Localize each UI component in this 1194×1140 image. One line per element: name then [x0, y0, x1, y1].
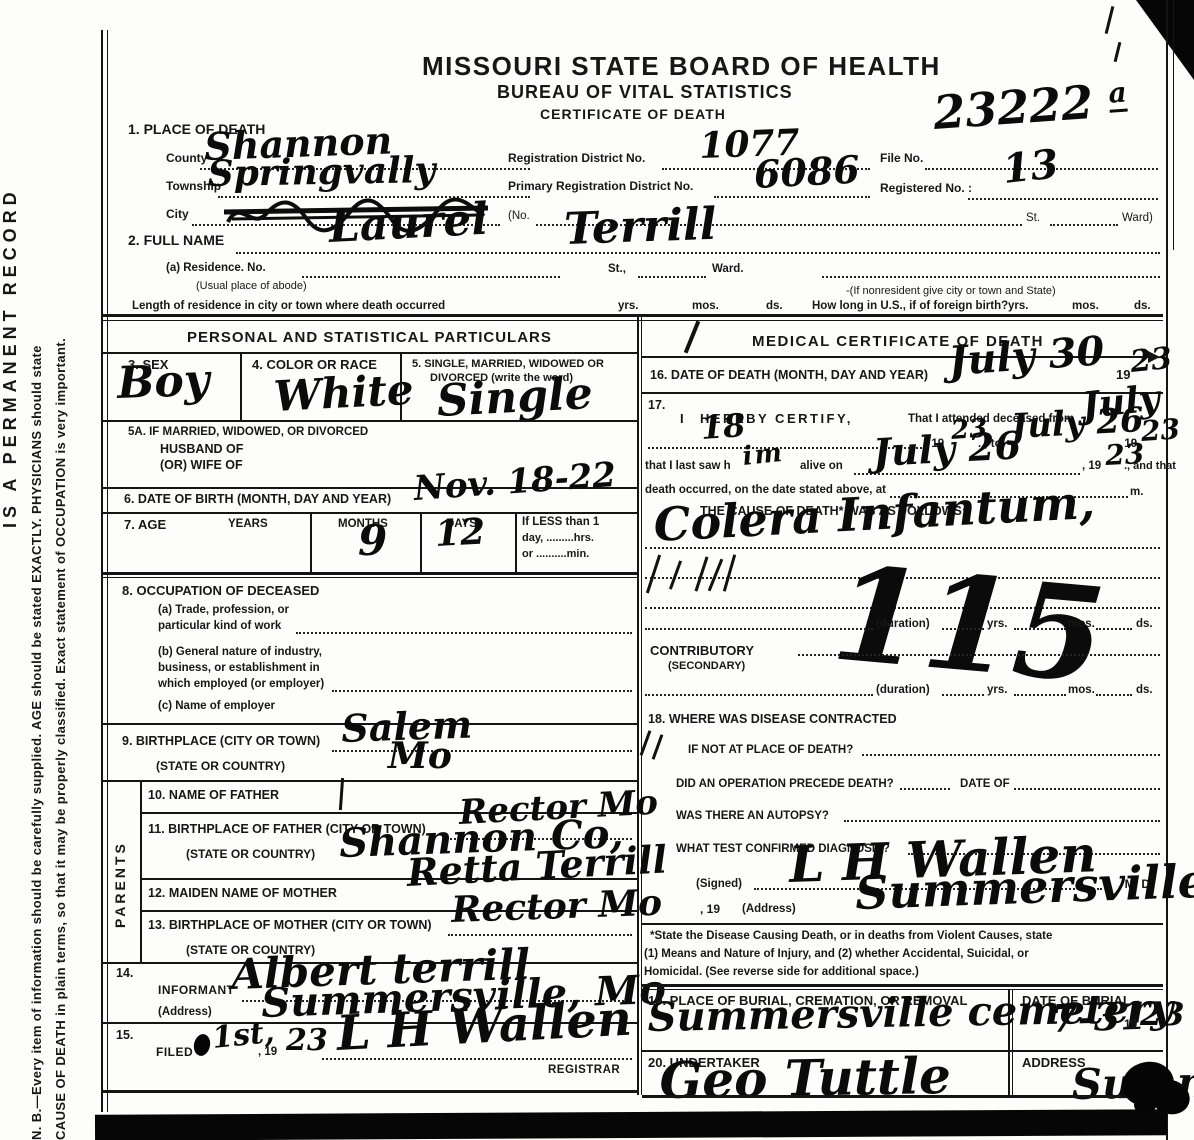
contributory-label: CONTRIBUTORY	[650, 644, 754, 659]
stray-pen-mark-top	[684, 320, 700, 353]
section-divider-rule-2	[101, 320, 1163, 321]
duration-ds-1: ds.	[1136, 618, 1153, 631]
duration-label-1: (duration)	[876, 618, 930, 631]
fold-line-mark-2	[1114, 42, 1122, 62]
duration-yrs-2: yrs.	[987, 684, 1007, 697]
filed-19-printed: , 19	[258, 1046, 277, 1059]
date-of-death-value: July 30	[947, 331, 1105, 382]
filed-year-value: 23	[286, 1026, 328, 1056]
duration-mos-2: mos.	[1068, 684, 1095, 697]
residence-ward-label: Ward.	[712, 263, 744, 276]
filed-label: FILED	[156, 1046, 193, 1059]
city-st-label: St.	[1026, 212, 1040, 225]
last-saw-19-printed: , 19	[1082, 460, 1101, 473]
city-label: City	[166, 208, 189, 221]
item-17-number: 17.	[648, 398, 665, 412]
age-label: 7. AGE	[124, 518, 166, 533]
sex-value: Boy	[116, 359, 210, 406]
pen-hash-marks	[648, 552, 758, 602]
disease-contracted-label: 18. WHERE WAS DISEASE CONTRACTED	[648, 712, 897, 726]
signed-address-label: (Address)	[742, 903, 796, 916]
last-saw-label-2: alive on	[800, 460, 843, 473]
date-of-birth-label: 6. DATE OF BIRTH (MONTH, DAY AND YEAR)	[124, 492, 391, 506]
occupation-a-line	[296, 632, 632, 634]
secondary-label: (SECONDARY)	[668, 660, 745, 672]
birthplace-label: 9. BIRTHPLACE (CITY OR TOWN)	[122, 734, 320, 748]
color-race-value: White	[273, 369, 415, 418]
duration-line-1	[645, 628, 873, 630]
left-rule-1	[101, 352, 637, 354]
less-than-label-1: If LESS than 1	[522, 516, 599, 529]
date-of-label: DATE OF	[960, 778, 1010, 791]
form-left-border-inner	[107, 30, 108, 1112]
autopsy-line	[844, 820, 1160, 822]
city-no-label: (No.	[508, 210, 530, 223]
right-rule-3	[642, 923, 1163, 925]
duration-ds-line-1	[1096, 628, 1132, 630]
age-divider-3	[515, 512, 517, 574]
mother-birthplace-label: 13. BIRTHPLACE OF MOTHER (CITY OR TOWN)	[148, 918, 432, 932]
length-residence-label: Length of residence in city or town wher…	[132, 300, 445, 313]
age-days-value: 12	[434, 513, 486, 552]
left-rule-5a	[101, 572, 637, 575]
date-of-line	[1014, 788, 1160, 790]
certificate-number-value: 23222	[932, 75, 1095, 140]
howlong-yrs: yrs.	[1008, 300, 1028, 313]
left-rule-2	[101, 420, 637, 422]
age-years-label: YEARS	[228, 518, 268, 531]
operation-line	[900, 788, 950, 790]
registrar-signature: L H Wallen	[335, 995, 632, 1058]
duration-yrs-line-2	[942, 694, 984, 696]
duration-mos-line-2	[1014, 694, 1066, 696]
age-divider-1	[310, 512, 312, 574]
registered-no-value: 13	[1001, 144, 1061, 190]
if-not-place-line	[862, 754, 1160, 756]
less-than-label-3: or ..........min.	[522, 548, 589, 560]
parents-vertical-label: PARENTS	[113, 841, 129, 928]
bureau-subtitle: BUREAU OF VITAL STATISTICS	[497, 82, 793, 102]
length-yrs: yrs.	[618, 300, 638, 313]
hash-mark	[723, 554, 736, 591]
left-rule-4	[101, 512, 637, 514]
if-not-place-label: IF NOT AT PLACE OF DEATH?	[688, 744, 853, 757]
occupation-b-line3: which employed (or employer)	[158, 678, 324, 691]
corner-fold-artifact	[1136, 0, 1194, 80]
section-divider-rule-1	[101, 314, 1163, 317]
duration-label-2: (duration)	[876, 684, 930, 697]
primary-registration-value: 6086	[753, 151, 861, 194]
birthplace-state-label: (STATE OR COUNTRY)	[156, 760, 285, 773]
scan-right-edge-2	[1173, 0, 1174, 250]
last-saw-label-1: that I last saw h	[645, 460, 731, 473]
residence-st-label: St.,	[608, 263, 626, 276]
age-months-value: 9	[358, 520, 387, 562]
occupation-a-line2: particular kind of work	[158, 620, 281, 633]
duration-line-2	[645, 694, 873, 696]
contributory-line	[798, 654, 1160, 656]
scan-right-edge	[1166, 0, 1168, 1140]
parents-box-divider	[140, 780, 142, 962]
autopsy-label: WAS THERE AN AUTOPSY?	[676, 810, 829, 823]
length-mos: mos.	[692, 300, 719, 313]
occupation-a-line1: (a) Trade, profession, or	[158, 604, 289, 617]
city-ward-label: Ward)	[1122, 212, 1153, 225]
informant-address-label: (Address)	[158, 1006, 212, 1019]
occupation-b-line	[332, 690, 632, 692]
hash-mark	[669, 560, 682, 589]
duration-yrs-1: yrs.	[987, 618, 1007, 631]
occupation-c-label: (c) Name of employer	[158, 700, 275, 713]
residence-line	[302, 276, 560, 278]
scan-bottom-bar	[95, 1109, 1167, 1140]
board-title: MISSOURI STATE BOARD OF HEALTH	[422, 52, 941, 81]
signed-19-label: , 19	[700, 903, 720, 916]
registered-no-label: Registered No. :	[880, 182, 972, 195]
mother-maiden-label: 12. MAIDEN NAME OF MOTHER	[148, 886, 337, 900]
full-name-label: 2. FULL NAME	[128, 233, 224, 249]
length-ds: ds.	[766, 300, 783, 313]
birthplace-line	[332, 750, 632, 752]
mother-birthplace-line	[448, 934, 632, 936]
occupation-b-line2: business, or establishment in	[158, 662, 320, 675]
birthplace-state-value: Mo	[388, 738, 452, 774]
operation-label: DID AN OPERATION PRECEDE DEATH?	[676, 778, 894, 791]
footnote-line-3: Homicidal. (See reverse side for additio…	[644, 966, 919, 979]
signed-address-value: Summersville Mo	[854, 854, 1194, 916]
married-to-label-2: HUSBAND OF	[160, 442, 243, 456]
occupation-b-line1: (b) General nature of industry,	[158, 646, 322, 659]
full-name-first: Laurel	[328, 198, 489, 250]
occupation-label: 8. OCCUPATION OF DECEASED	[122, 584, 319, 599]
full-name-line	[236, 252, 1160, 254]
signed-label: (Signed)	[696, 878, 742, 891]
duration-ds-2: ds.	[1136, 684, 1153, 697]
duration-mos-line-1	[1014, 628, 1066, 630]
township-value: Springvally	[207, 152, 435, 192]
death-occurred-m: m.	[1130, 486, 1143, 499]
last-saw-date: July 26	[872, 426, 1022, 472]
father-name-stray-mark	[339, 778, 344, 810]
left-rule-7	[101, 780, 637, 782]
hash-mark	[708, 559, 724, 592]
form-left-border-outer	[101, 30, 103, 1112]
informant-label: INFORMANT	[158, 984, 235, 997]
mother-birthplace-value: Rector Mo	[451, 885, 663, 928]
item-15-number: 15.	[116, 1028, 133, 1042]
duration-mos-1: mos.	[1068, 618, 1095, 631]
duration-yrs-line-1	[942, 628, 984, 630]
registered-no-line	[968, 198, 1158, 200]
item-14-number: 14.	[116, 966, 133, 980]
margin-permanent-record: IS A PERMANENT RECORD	[0, 187, 20, 528]
attended-from-day: 18	[700, 409, 747, 444]
left-rule-5b	[101, 577, 637, 578]
primary-registration-label: Primary Registration District No.	[508, 180, 693, 193]
date-of-death-label: 16. DATE OF DEATH (MONTH, DAY AND YEAR)	[650, 368, 928, 382]
county-label: County	[166, 152, 207, 165]
filed-ink-blot	[192, 1033, 212, 1058]
residence-st-line	[638, 276, 706, 278]
left-bottom-rule	[101, 1090, 637, 1093]
burial-19-printed: 19	[1124, 1018, 1137, 1031]
father-name-label: 10. NAME OF FATHER	[148, 788, 279, 802]
registrar-label: REGISTRAR	[548, 1064, 620, 1077]
bottom-right-ink-blot-3	[1134, 1096, 1156, 1114]
certificate-of-death-title: CERTIFICATE OF DEATH	[540, 107, 726, 123]
certificate-number: 23222 a	[932, 77, 1129, 136]
burial-year-value: 23	[1140, 998, 1185, 1030]
nonresident-note: -(If nonresident give city or town and S…	[846, 285, 1056, 297]
hash-mark	[646, 555, 661, 594]
married-to-label-3: (OR) WIFE OF	[160, 458, 243, 472]
sex-race-divider	[240, 352, 242, 420]
hash-mark	[695, 556, 709, 591]
attended-to-year: 23	[1140, 415, 1181, 446]
fold-line-mark	[1105, 6, 1115, 34]
less-than-label-2: day, .........hrs.	[522, 532, 594, 544]
abode-label: (Usual place of abode)	[196, 280, 307, 292]
last-saw-label-3: ., and that	[1124, 460, 1176, 472]
married-to-label-1: 5A. IF MARRIED, WIDOWED, OR DIVORCED	[128, 426, 368, 439]
howlong-mos: mos.	[1072, 300, 1099, 313]
right-bottom-rule	[642, 1095, 1163, 1098]
margin-note-line2: CAUSE OF DEATH in plain terms, so that i…	[54, 338, 69, 1140]
file-no-label: File No.	[880, 152, 923, 165]
date-of-birth-value: Nov. 18-22	[413, 458, 617, 506]
registration-district-label: Registration District No.	[508, 152, 645, 165]
marital-value: Single	[436, 372, 594, 424]
dod-year-value: 23	[1129, 344, 1174, 378]
age-divider-2	[420, 512, 422, 574]
certify-i: I	[680, 412, 684, 427]
last-saw-pronoun: im	[741, 440, 785, 470]
margin-note-line1: N. B.—Every item of information should b…	[30, 345, 45, 1140]
father-state-label: (STATE OR COUNTRY)	[186, 848, 315, 861]
howlong-ds: ds.	[1134, 300, 1151, 313]
certificate-number-suffix: a	[1107, 76, 1128, 113]
howlong-label: How long in U.S., if of foreign birth?	[812, 300, 1008, 313]
nonresident-line	[822, 276, 1160, 278]
footnote-line-1: *State the Disease Causing Death, or in …	[650, 930, 1052, 943]
death-certificate-document: IS A PERMANENT RECORD N. B.—Every item o…	[0, 0, 1194, 1140]
footnote-line-2: (1) Means and Nature of Injury, and (2) …	[644, 948, 1029, 961]
personal-particulars-header: PERSONAL AND STATISTICAL PARTICULARS	[187, 330, 552, 347]
city-st-line	[1050, 224, 1118, 226]
stray-pen-mark-18b	[652, 734, 664, 759]
primary-registration-line	[714, 196, 870, 198]
residence-label: (a) Residence. No.	[166, 262, 266, 275]
duration-ds-line-2	[1096, 694, 1132, 696]
full-name-last: Terrill	[563, 203, 717, 252]
